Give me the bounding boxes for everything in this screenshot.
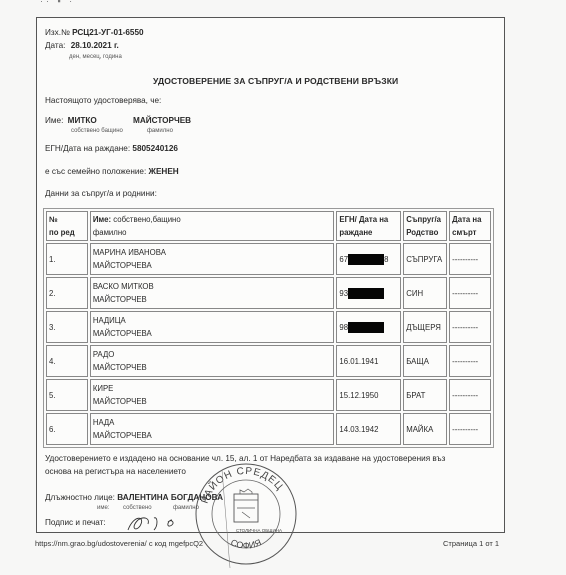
relative-name: КИРЕМАЙСТОРЧЕВ <box>90 379 335 411</box>
header-death-date: Дата насмърт <box>449 211 491 241</box>
name-label: Име: <box>45 116 63 125</box>
relation: МАЙКА <box>403 413 447 445</box>
header-name: Име: собствено,бащинофамилно <box>90 211 335 241</box>
egn-partial: 98 <box>339 323 348 332</box>
table-header-row: №по ред Име: собствено,бащинофамилно ЕГН… <box>46 211 491 241</box>
marital-row: е със семейно положение: ЖЕНЕН <box>45 167 179 176</box>
relation: ДЪЩЕРЯ <box>403 311 447 343</box>
relation: СЪПРУГА <box>403 243 447 275</box>
row-number: 3. <box>46 311 88 343</box>
marital-status: ЖЕНЕН <box>149 167 179 176</box>
out-number-row: Изх.№ РСЦ21-УГ-01-6550 <box>45 28 144 37</box>
header-egn: ЕГН/ Дата нараждане <box>336 211 401 241</box>
egn-tail: 8 <box>384 255 388 264</box>
marital-label: е със семейно положение: <box>45 167 146 176</box>
egn-partial: 93 <box>339 289 348 298</box>
relative-egn: 16.01.1941 <box>336 345 401 377</box>
relative-egn: 678 <box>336 243 401 275</box>
relatives-table: №по ред Име: собствено,бащинофамилно ЕГН… <box>43 208 494 448</box>
relative-name: МАРИНА ИВАНОВАМАЙСТОРЧЕВА <box>90 243 335 275</box>
issue-date: 28.10.2021 г. <box>71 41 119 50</box>
relative-egn: 14.03.1942 <box>336 413 401 445</box>
egn-row: ЕГН/Дата на раждане: 5805240126 <box>45 144 178 153</box>
birth-date: 14.03.1942 <box>339 425 378 434</box>
relative-egn: 98 <box>336 311 401 343</box>
header-num: №по ред <box>46 211 88 241</box>
relative-name: РАДОМАЙСТОРЧЕВ <box>90 345 335 377</box>
relative-name: НАДИЦАМАЙСТОРЧЕВА <box>90 311 335 343</box>
family-name: МАЙСТОРЧЕВ <box>133 116 191 125</box>
official-label: Длъжностно лице: <box>45 493 115 502</box>
signature-icon <box>124 512 194 534</box>
redaction-block <box>348 322 384 333</box>
official-hint-first: собствено <box>123 505 152 511</box>
out-number: РСЦ21-УГ-01-6550 <box>72 28 144 37</box>
row-number: 4. <box>46 345 88 377</box>
egn-value: 5805240126 <box>132 144 178 153</box>
relation: БАЩА <box>403 345 447 377</box>
death-date: ---------- <box>449 345 491 377</box>
table-row: 1.МАРИНА ИВАНОВАМАЙСТОРЧЕВА678СЪПРУГА---… <box>46 243 491 275</box>
relation: БРАТ <box>403 379 447 411</box>
svg-text:СТОЛИЧНА ОБЩИНА: СТОЛИЧНА ОБЩИНА <box>236 528 282 533</box>
birth-date: 15.12.1950 <box>339 391 378 400</box>
redaction-block <box>348 288 384 299</box>
scan-top-mark: ·· ▪ · <box>40 0 75 6</box>
date-row: Дата: 28.10.2021 г. <box>45 41 119 50</box>
document-title: УДОСТОВЕРЕНИЕ ЗА СЪПРУГ/А И РОДСТВЕНИ ВР… <box>153 76 398 86</box>
death-date: ---------- <box>449 311 491 343</box>
death-date: ---------- <box>449 277 491 309</box>
row-number: 6. <box>46 413 88 445</box>
header-relation: Съпруг/аРодство <box>403 211 447 241</box>
table-row: 2.ВАСКО МИТКОВМАЙСТОРЧЕВ93СИН---------- <box>46 277 491 309</box>
table-row: 4.РАДОМАЙСТОРЧЕВ16.01.1941БАЩА---------- <box>46 345 491 377</box>
out-number-label: Изх.№ <box>45 28 70 37</box>
page-indicator: Страница 1 от 1 <box>443 539 499 548</box>
signature-label: Подпис и печат: <box>45 518 106 527</box>
table-row: 3.НАДИЦАМАЙСТОРЧЕВА98ДЪЩЕРЯ---------- <box>46 311 491 343</box>
date-hint: ден, месец, година <box>69 54 122 60</box>
table-row: 6.НАДАМАЙСТОРЧЕВА14.03.1942МАЙКА--------… <box>46 413 491 445</box>
relation: СИН <box>403 277 447 309</box>
name-hint-family: фамилно <box>147 128 173 134</box>
official-hint-name: име: <box>97 505 109 511</box>
relative-name: НАДАМАЙСТОРЧЕВА <box>90 413 335 445</box>
first-name: МИТКО <box>68 116 97 125</box>
intro-text: Настоящото удостоверява, че: <box>45 96 161 105</box>
redaction-block <box>348 254 384 265</box>
birth-date: 16.01.1941 <box>339 357 378 366</box>
person-name-row: Име: МИТКО <box>45 116 97 125</box>
row-number: 2. <box>46 277 88 309</box>
row-number: 5. <box>46 379 88 411</box>
date-label: Дата: <box>45 41 65 50</box>
death-date: ---------- <box>449 379 491 411</box>
relatives-label: Данни за съпруг/а и роднини: <box>45 189 157 198</box>
name-hint-first: собствено бащино <box>71 128 123 134</box>
row-number: 1. <box>46 243 88 275</box>
egn-label: ЕГН/Дата на раждане: <box>45 144 130 153</box>
death-date: ---------- <box>449 243 491 275</box>
relative-name: ВАСКО МИТКОВМАЙСТОРЧЕВ <box>90 277 335 309</box>
legal-basis-line2: основа на регистъра на населението <box>45 467 186 476</box>
relative-egn: 93 <box>336 277 401 309</box>
certificate-frame: Изх.№ РСЦ21-УГ-01-6550 Дата: 28.10.2021 … <box>36 17 505 533</box>
egn-partial: 67 <box>339 255 348 264</box>
table-row: 5.КИРЕМАЙСТОРЧЕВ15.12.1950БРАТ---------- <box>46 379 491 411</box>
relative-egn: 15.12.1950 <box>336 379 401 411</box>
svg-text:СОФИЯ: СОФИЯ <box>229 537 263 550</box>
verification-url-link[interactable]: https://nm.grao.bg/udostoverenia/ с код … <box>35 539 203 548</box>
official-stamp-icon: РАЙОН СРЕДЕЦ СОФИЯ СТОЛИЧНА ОБЩИНА <box>192 460 300 568</box>
death-date: ---------- <box>449 413 491 445</box>
